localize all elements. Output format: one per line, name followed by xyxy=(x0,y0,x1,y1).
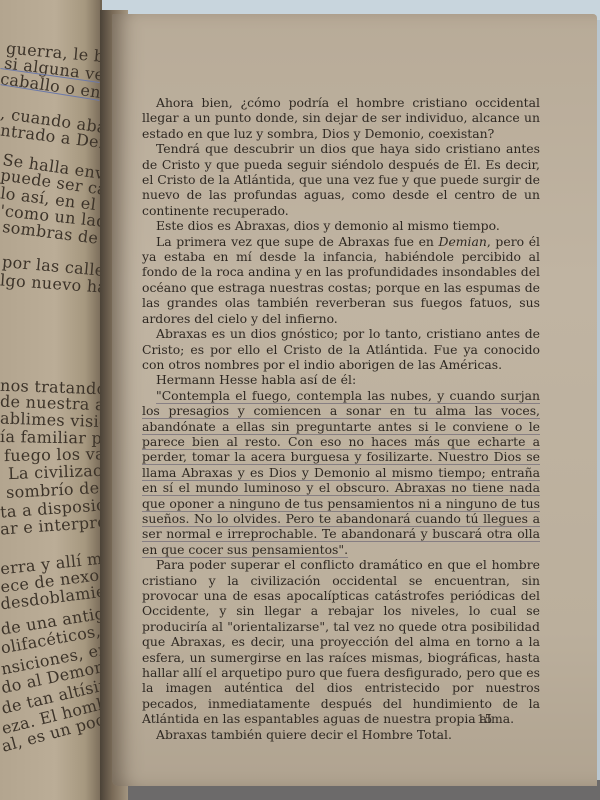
left-page: guerra, le besa si alguna vez caballo o … xyxy=(0,0,102,800)
page-body-text: Ahora bien, ¿cómo podría el hombre crist… xyxy=(142,95,540,742)
paragraph: Hermann Hesse habla así de él: xyxy=(142,372,540,387)
paragraph: La primera vez que supe de Abraxas fue e… xyxy=(142,234,540,326)
page-number: 15 xyxy=(477,712,492,726)
paragraph: Para poder superar el conflicto dramátic… xyxy=(142,557,540,726)
hesse-quote-underlined: "Contempla el fuego, contempla las nubes… xyxy=(142,388,540,557)
paragraph-text: La primera vez que supe de Abraxas fue e… xyxy=(156,234,439,249)
paragraph: Este dios es Abraxas, dios y demonio al … xyxy=(142,218,540,233)
paragraph: Tendrá que descubrir un dios que haya si… xyxy=(142,141,540,218)
paragraph: Abraxas es un dios gnóstico; por lo tant… xyxy=(142,326,540,372)
book-title-italic: Demian xyxy=(439,234,487,249)
paragraph: Ahora bien, ¿cómo podría el hombre crist… xyxy=(142,95,540,141)
paragraph: Abraxas también quiere decir el Hombre T… xyxy=(142,727,540,742)
